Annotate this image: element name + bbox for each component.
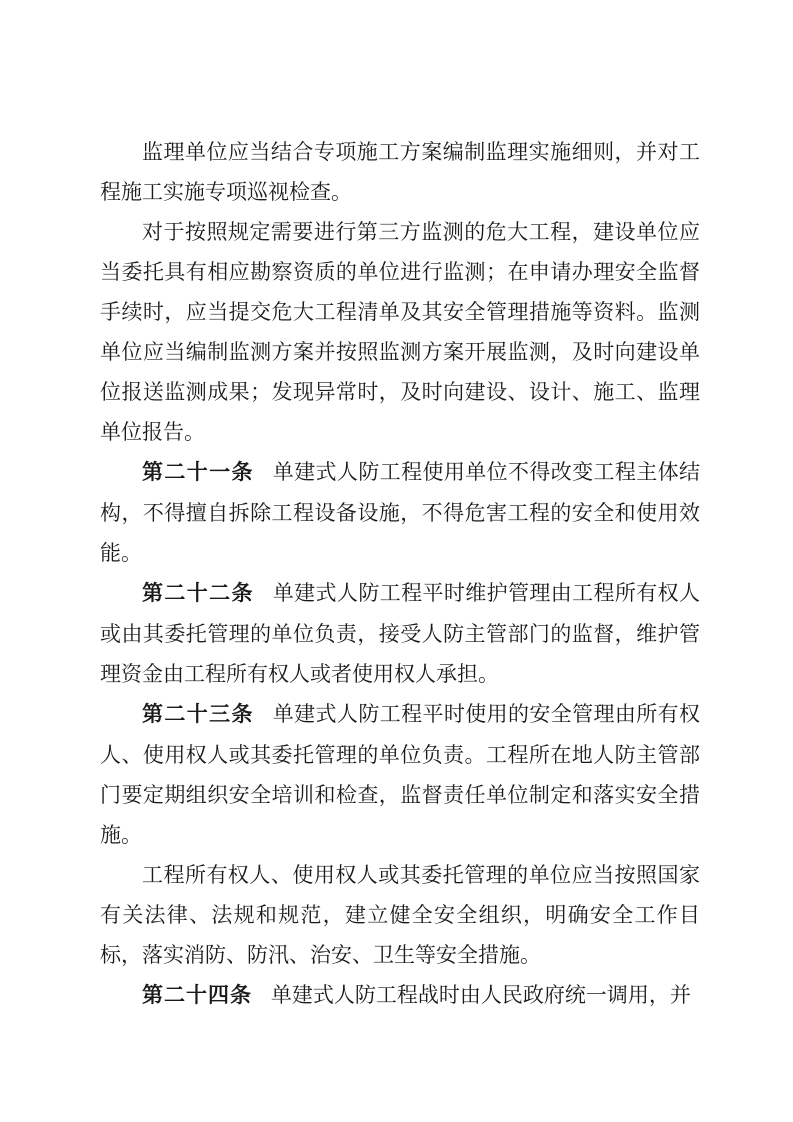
article-number: 第二十四条 xyxy=(142,984,252,1007)
paragraph-text: 单建式人防工程战时由人民政府统一调用，并 xyxy=(271,983,691,1007)
paragraph-text: 监理单位应当结合专项施工方案编制监理实施细则，并对工程施工实施专项巡视检查。 xyxy=(100,140,700,204)
article-number: 第二十二条 xyxy=(142,582,254,605)
article-number: 第二十一条 xyxy=(142,461,254,484)
article-paragraph: 第二十四条单建式人防工程战时由人民政府统一调用，并 xyxy=(100,975,700,1016)
article-paragraph: 第二十一条单建式人防工程使用单位不得改变工程主体结构，不得擅自拆除工程设备设施，… xyxy=(100,452,700,573)
article-paragraph: 第二十三条单建式人防工程平时使用的安全管理由所有权人、使用权人或其委托管理的单位… xyxy=(100,694,700,855)
article-number: 第二十三条 xyxy=(142,703,254,726)
paragraph-text: 对于按照规定需要进行第三方监测的危大工程，建设单位应当委托具有相应勘察资质的单位… xyxy=(100,220,700,444)
body-paragraph: 工程所有权人、使用权人或其委托管理的单位应当按照国家有关法律、法规和规范，建立健… xyxy=(100,855,700,975)
article-paragraph: 第二十二条单建式人防工程平时维护管理由工程所有权人或由其委托管理的单位负责，接受… xyxy=(100,573,700,694)
paragraph-text: 工程所有权人、使用权人或其委托管理的单位应当按照国家有关法律、法规和规范，建立健… xyxy=(100,863,700,967)
body-paragraph: 监理单位应当结合专项施工方案编制监理实施细则，并对工程施工实施专项巡视检查。 xyxy=(100,132,700,212)
document-page: 监理单位应当结合专项施工方案编制监理实施细则，并对工程施工实施专项巡视检查。对于… xyxy=(0,0,793,1122)
document-body: 监理单位应当结合专项施工方案编制监理实施细则，并对工程施工实施专项巡视检查。对于… xyxy=(100,132,700,1016)
body-paragraph: 对于按照规定需要进行第三方监测的危大工程，建设单位应当委托具有相应勘察资质的单位… xyxy=(100,212,700,452)
